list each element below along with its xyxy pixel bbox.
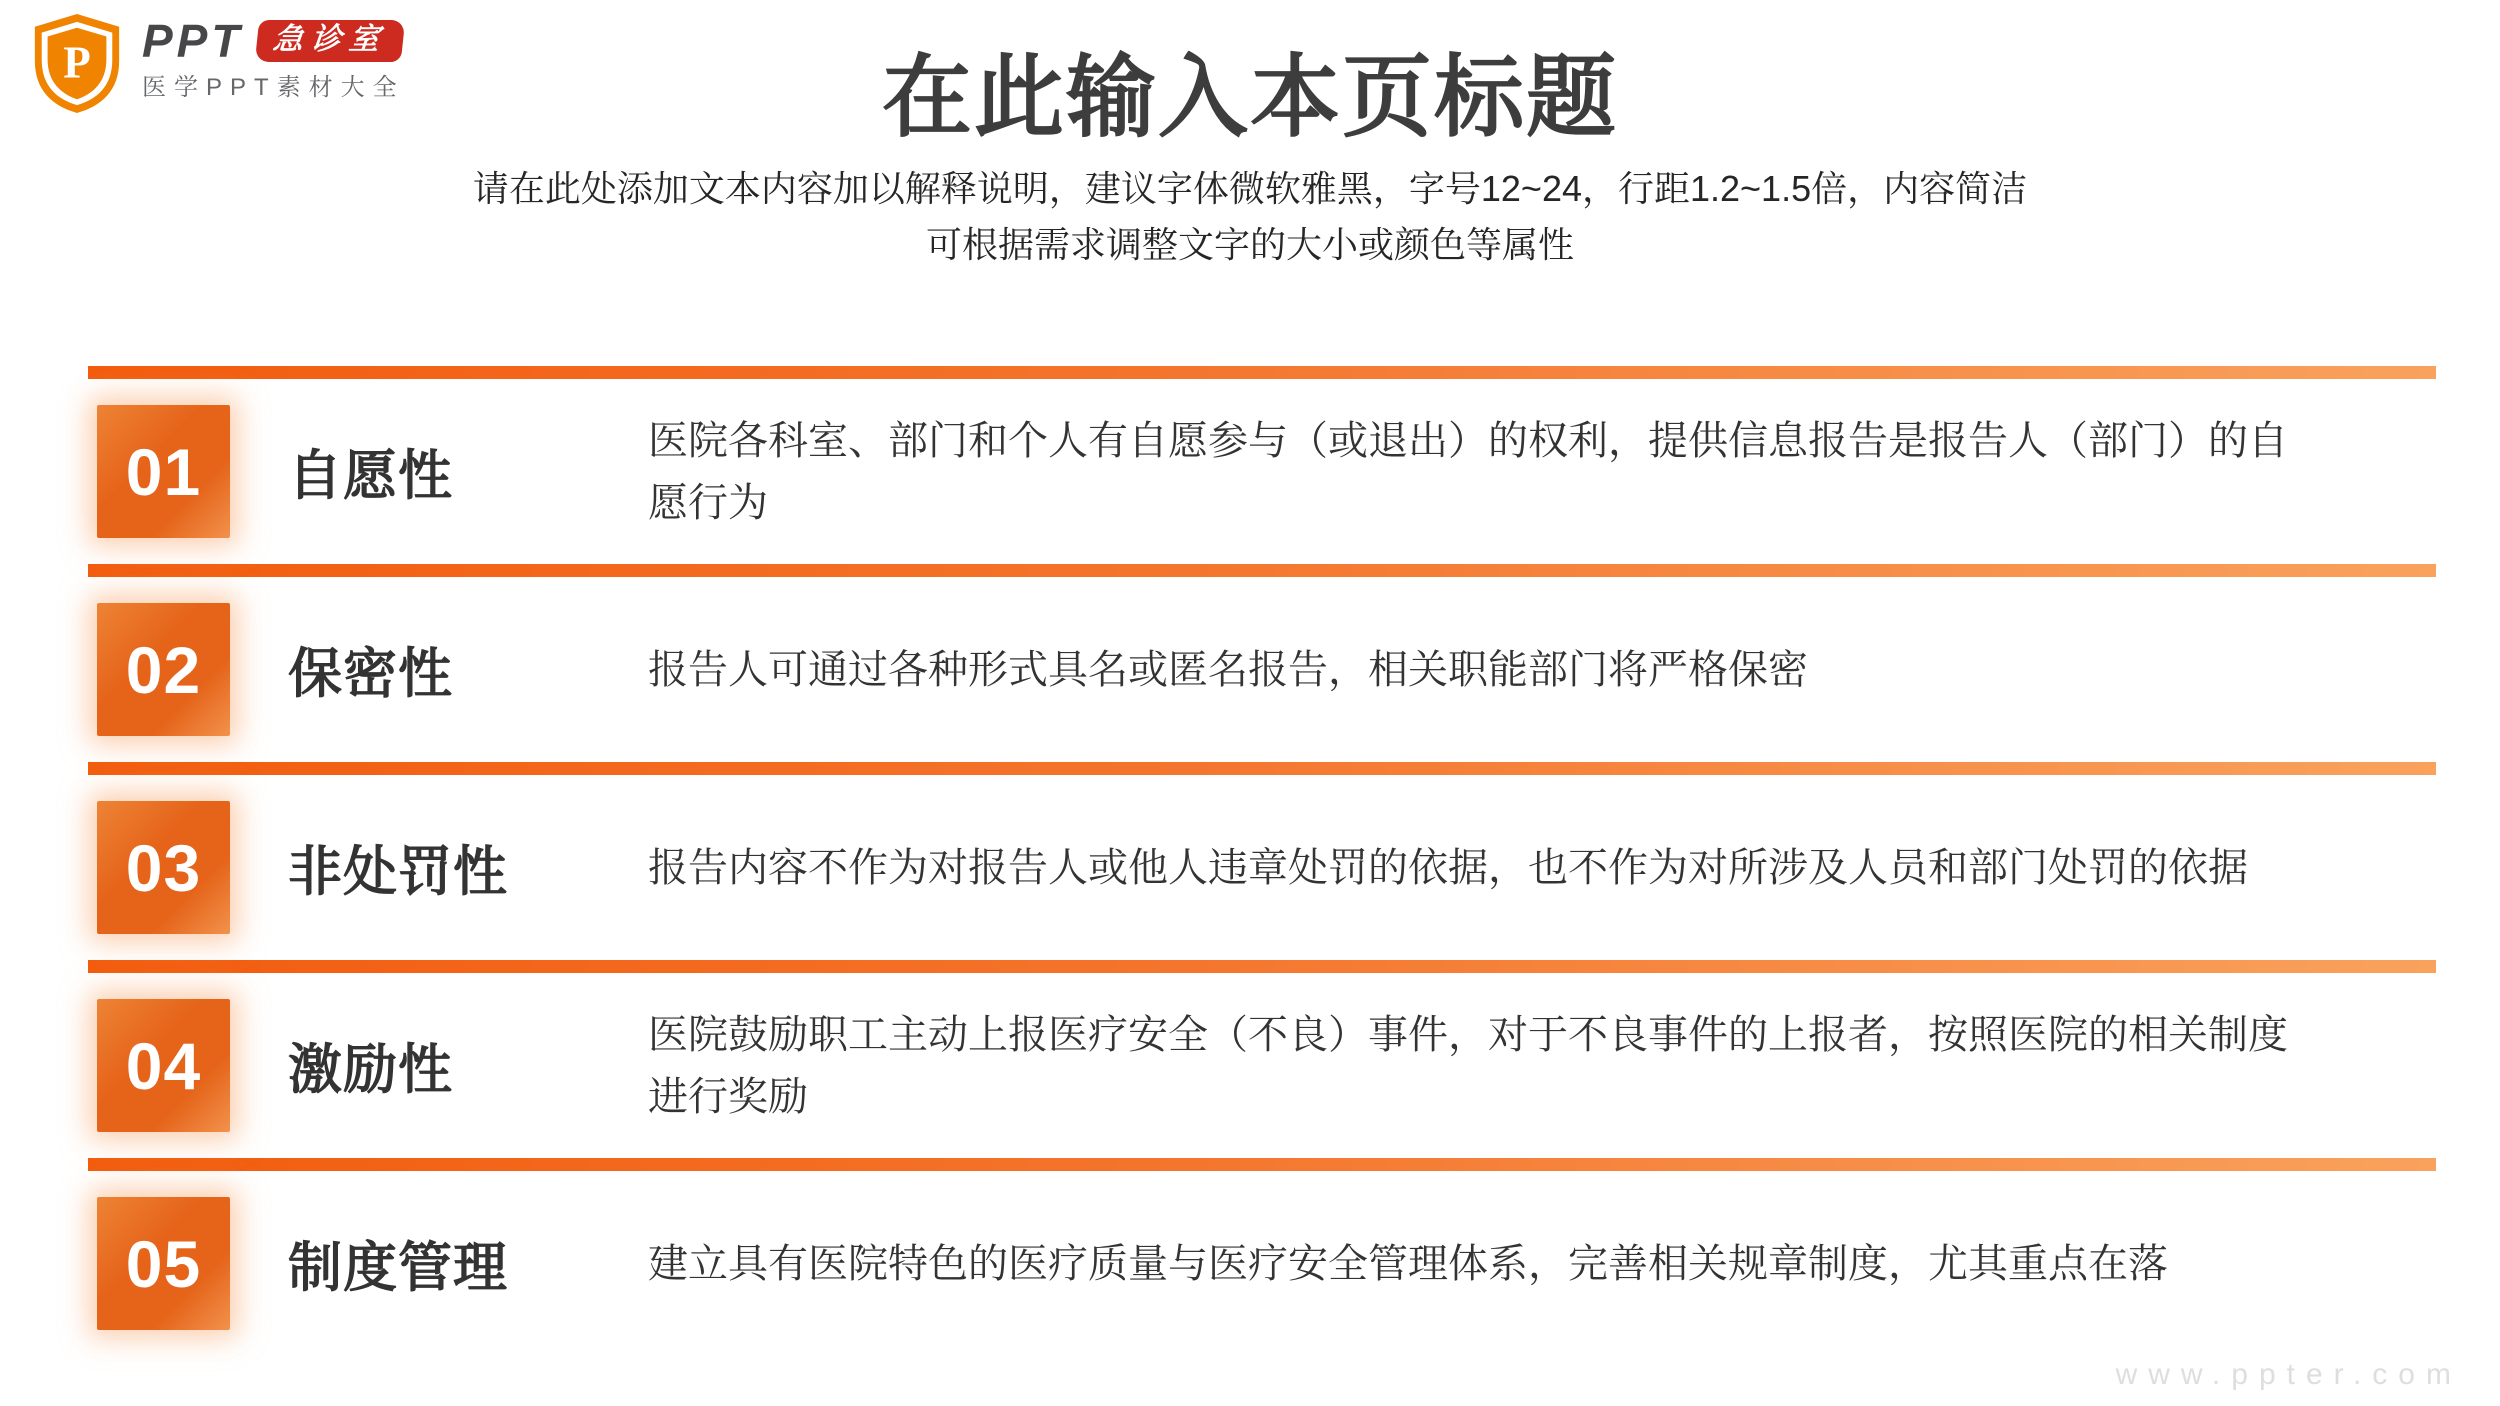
row-label: 制度管理 <box>288 1225 648 1302</box>
row-divider <box>88 762 2436 775</box>
shield-icon: P <box>28 12 126 119</box>
logo-subtitle: 医学PPT素材大全 <box>142 76 405 100</box>
row-label: 自愿性 <box>288 433 648 510</box>
row-description: 医院各科室、部门和个人有自愿参与（或退出）的权利，提供信息报告是报告人（部门）的… <box>648 410 2308 534</box>
row-label: 非处罚性 <box>288 829 648 906</box>
brand-logo: P PPT 急诊室 医学PPT素材大全 <box>28 12 405 119</box>
number-badge: 01 <box>97 405 230 538</box>
number-badge: 03 <box>97 801 230 934</box>
list-row: 03 非处罚性 报告内容不作为对报告人或他人违章处罚的依据，也不作为对所涉及人员… <box>88 775 2436 960</box>
row-description: 报告内容不作为对报告人或他人违章处罚的依据，也不作为对所涉及人员和部门处罚的依据 <box>648 837 2248 899</box>
number-badge: 04 <box>97 999 230 1132</box>
list-row: 04 激励性 医院鼓励职工主动上报医疗安全（不良）事件，对于不良事件的上报者，按… <box>88 973 2436 1158</box>
number-badge: 05 <box>97 1197 230 1330</box>
number-badge: 02 <box>97 603 230 736</box>
watermark: www.ppter.com <box>2116 1358 2462 1392</box>
row-divider <box>88 564 2436 577</box>
svg-text:P: P <box>63 38 91 88</box>
logo-brand-text: PPT <box>142 18 243 64</box>
row-label: 激励性 <box>288 1027 648 1104</box>
row-divider <box>88 1158 2436 1171</box>
list-row: 01 自愿性 医院各科室、部门和个人有自愿参与（或退出）的权利，提供信息报告是报… <box>88 379 2436 564</box>
page-subtitle: 请在此处添加文本内容加以解释说明，建议字体微软雅黑，字号12~24，行距1.2~… <box>0 161 2500 273</box>
list-row: 02 保密性 报告人可通过各种形式具名或匿名报告，相关职能部门将严格保密 <box>88 577 2436 762</box>
row-description: 医院鼓励职工主动上报医疗安全（不良）事件，对于不良事件的上报者，按照医院的相关制… <box>648 1004 2308 1128</box>
row-divider <box>88 960 2436 973</box>
row-divider <box>88 366 2436 379</box>
numbered-list: 01 自愿性 医院各科室、部门和个人有自愿参与（或退出）的权利，提供信息报告是报… <box>88 366 2436 1356</box>
page-subtitle-line2: 可根据需求调整文字的大小或颜色等属性 <box>0 217 2500 273</box>
row-label: 保密性 <box>288 631 648 708</box>
row-description: 建立具有医院特色的医疗质量与医疗安全管理体系，完善相关规章制度，尤其重点在落 <box>648 1233 2168 1295</box>
logo-tag-badge: 急诊室 <box>255 20 405 62</box>
page-subtitle-line1: 请在此处添加文本内容加以解释说明，建议字体微软雅黑，字号12~24，行距1.2~… <box>0 161 2500 217</box>
row-description: 报告人可通过各种形式具名或匿名报告，相关职能部门将严格保密 <box>648 639 1808 701</box>
list-row: 05 制度管理 建立具有医院特色的医疗质量与医疗安全管理体系，完善相关规章制度，… <box>88 1171 2436 1356</box>
